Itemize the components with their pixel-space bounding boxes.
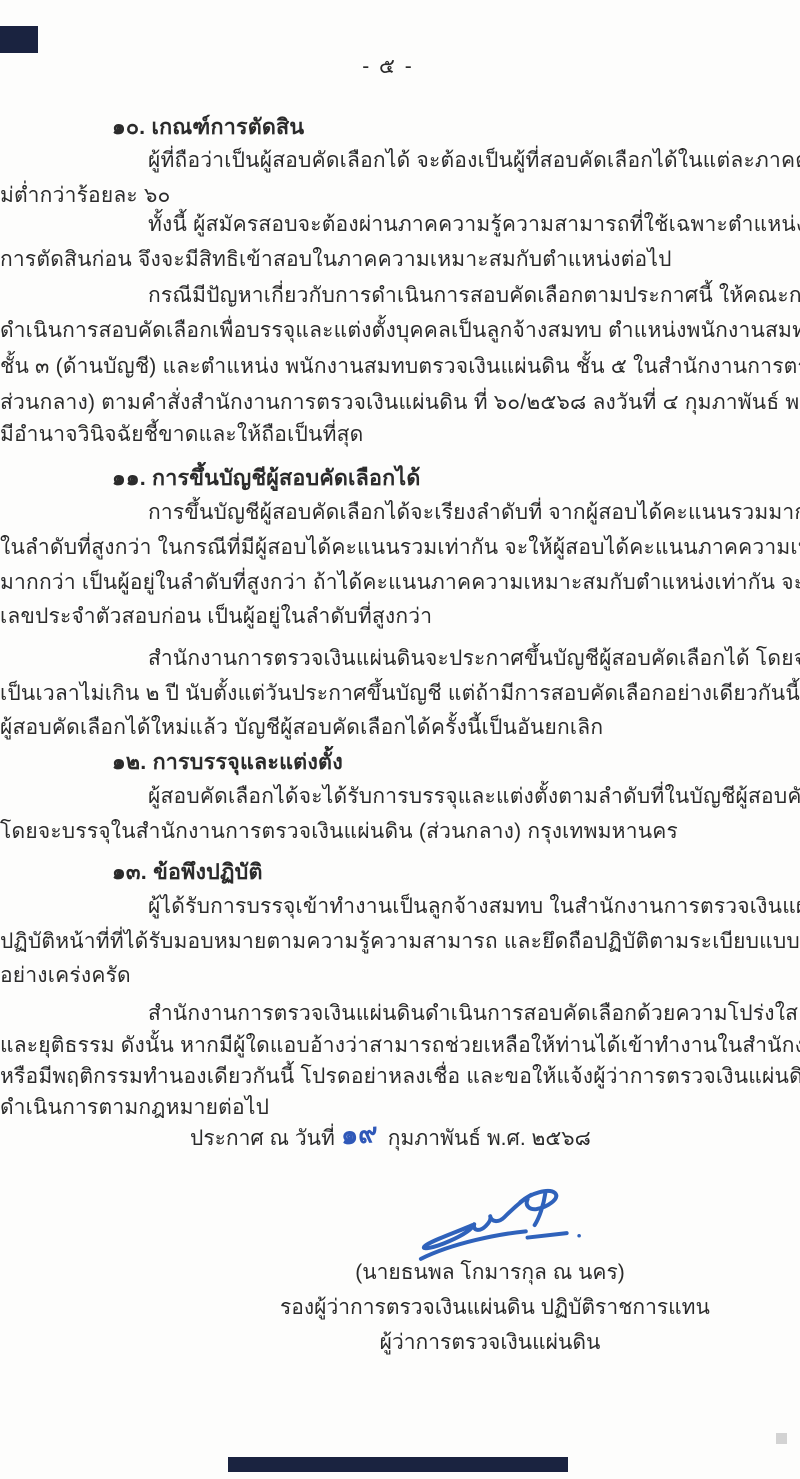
- scan-artifact-top-left: [0, 26, 38, 53]
- signature-ink: [383, 1186, 601, 1266]
- signatory-role-1: รองผู้ว่าการตรวจเงินแผ่นดิน ปฏิบัติราชกา…: [280, 1290, 700, 1325]
- section-heading: ๑๐. เกณฑ์การตัดสิน: [112, 112, 304, 142]
- section-heading: ๑๑. การขึ้นบัญชีผู้สอบคัดเลือกได้: [112, 463, 421, 493]
- doc-line: มากกว่า เป็นผู้อยู่ในลำดับที่สูงกว่า ถ้า…: [0, 568, 800, 598]
- doc-line: โดยจะบรรจุในสำนักงานการตรวจเงินแผ่นดิน (…: [0, 817, 678, 847]
- signature-block: (นายธนพล โกมารกุล ณ นคร) รองผู้ว่าการตรว…: [280, 1255, 700, 1360]
- section-heading: ๑๓. ข้อพึงปฏิบัติ: [112, 857, 263, 887]
- announcement-date-line: ประกาศ ณ วันที่๑๙กุมภาพันธ์ พ.ศ. ๒๕๖๘: [190, 1120, 591, 1155]
- signatory-name: (นายธนพล โกมารกุล ณ นคร): [280, 1255, 700, 1290]
- doc-line: ผู้ที่ถือว่าเป็นผู้สอบคัดเลือกได้ จะต้อง…: [148, 146, 800, 176]
- handwritten-day: ๑๙: [340, 1117, 379, 1151]
- announcement-prefix: ประกาศ ณ วันที่: [190, 1127, 335, 1150]
- doc-line: เลขประจำตัวสอบก่อน เป็นผู้อยู่ในลำดับที่…: [0, 602, 432, 632]
- doc-line: มีอำนาจวินิจฉัยชี้ขาดและให้ถือเป็นที่สุด: [0, 420, 363, 450]
- scan-artifact-bottom-bar: [228, 1457, 568, 1472]
- section-heading: ๑๒. การบรรจุและแต่งตั้ง: [112, 747, 343, 777]
- scan-artifact-right-speck: [776, 1433, 787, 1444]
- doc-line: ส่วนกลาง) ตามคำสั่งสำนักงานการตรวจเงินแผ…: [0, 388, 800, 418]
- page-number: - ๕ -: [0, 52, 776, 82]
- doc-line: การขึ้นบัญชีผู้สอบคัดเลือกได้จะเรียงลำดั…: [148, 498, 800, 528]
- doc-line: ปฏิบัติหน้าที่ที่ได้รับมอบหมายตามความรู้…: [0, 927, 800, 957]
- doc-line: ชั้น ๓ (ด้านบัญชี) และตำแหน่ง พนักงานสมท…: [0, 352, 800, 382]
- doc-line: ดำเนินการตามกฎหมายต่อไป: [0, 1093, 269, 1123]
- doc-line: กรณีมีปัญหาเกี่ยวกับการดำเนินการสอบคัดเล…: [148, 281, 800, 311]
- doc-line: ผู้สอบคัดเลือกได้ใหม่แล้ว บัญชีผู้สอบคัด…: [0, 713, 603, 743]
- doc-line: ผู้สอบคัดเลือกได้จะได้รับการบรรจุและแต่ง…: [148, 782, 800, 812]
- doc-line: และยุติธรรม ดังนั้น หากมีผู้ใดแอบอ้างว่า…: [0, 1031, 800, 1061]
- doc-line: หรือมีพฤติกรรมทำนองเดียวกันนี้ โปรดอย่าห…: [0, 1062, 800, 1092]
- doc-line: ม่ต่ำกว่าร้อยละ ๖๐: [0, 181, 171, 211]
- doc-line: อย่างเคร่งครัด: [0, 961, 131, 991]
- signatory-role-2: ผู้ว่าการตรวจเงินแผ่นดิน: [280, 1325, 700, 1360]
- doc-line: ผู้ได้รับการบรรจุเข้าทำงานเป็นลูกจ้างสมท…: [148, 892, 800, 922]
- doc-line: สำนักงานการตรวจเงินแผ่นดินดำเนินการสอบคั…: [148, 999, 800, 1029]
- doc-line: เป็นเวลาไม่เกิน ๒ ปี นับตั้งแต่วันประกาศ…: [0, 679, 800, 709]
- doc-line: สำนักงานการตรวจเงินแผ่นดินจะประกาศขึ้นบั…: [148, 644, 800, 674]
- doc-line: ดำเนินการสอบคัดเลือกเพื่อบรรจุและแต่งตั้…: [0, 316, 800, 346]
- doc-line: การตัดสินก่อน จึงจะมีสิทธิเข้าสอบในภาคคว…: [0, 245, 672, 275]
- doc-line: ทั้งนี้ ผู้สมัครสอบจะต้องผ่านภาคความรู้ค…: [148, 210, 800, 240]
- announcement-suffix: กุมภาพันธ์ พ.ศ. ๒๕๖๘: [388, 1127, 591, 1150]
- doc-line: ในลำดับที่สูงกว่า ในกรณีที่มีผู้สอบได้คะ…: [0, 533, 800, 563]
- document-page: - ๕ - ๑๐. เกณฑ์การตัดสินผู้ที่ถือว่าเป็น…: [0, 0, 800, 1479]
